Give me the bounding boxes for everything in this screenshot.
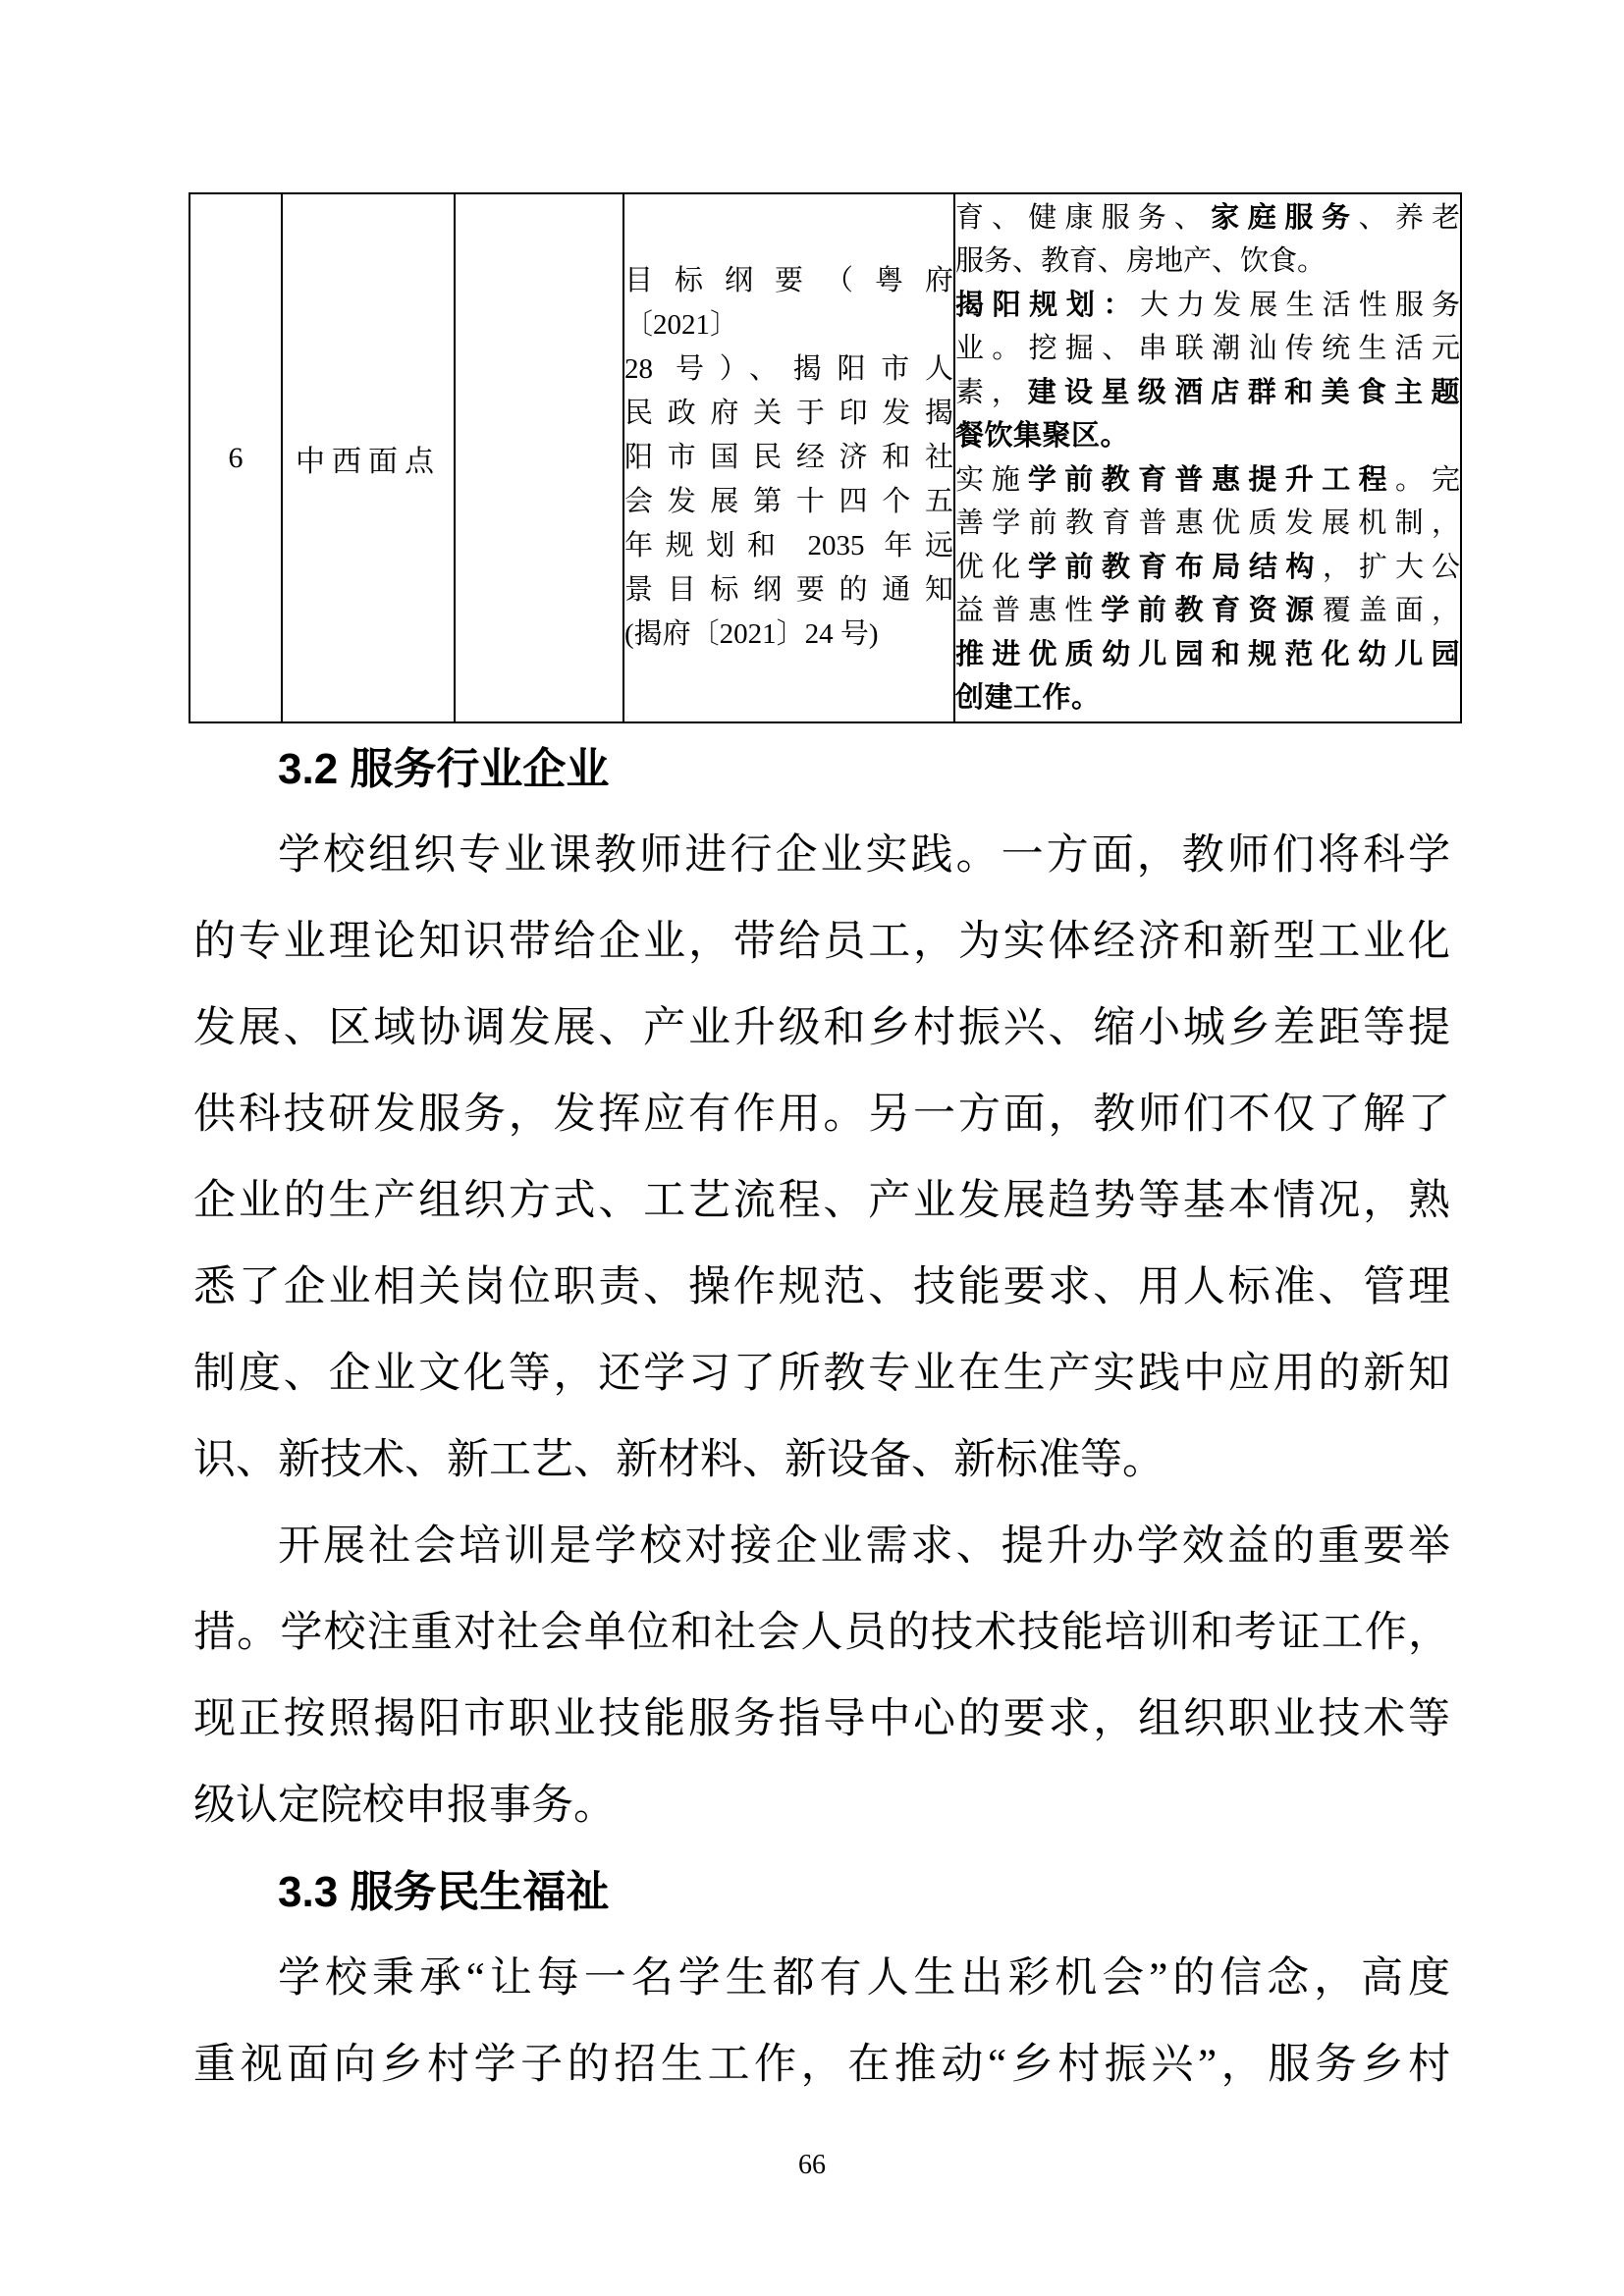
document-page: 6 中西面点 目标纲要（粤府〔2021〕28 号）、揭阳市人民政府关于印发揭阳市… (0, 0, 1624, 2296)
bold-run: 学前教育普惠提升工程 (1028, 464, 1395, 496)
text-line: 素，建设星级酒店群和美食主题 (955, 371, 1460, 415)
text-line: 优化学前教育布局结构，扩大公 (955, 546, 1460, 590)
paragraph: 学校秉承“让每一名学生都有人生出彩机会”的信念，高度重视面向乡村学子的招生工作，… (193, 1936, 1450, 2109)
text-run: 素， (955, 377, 1028, 408)
bold-run: 揭阳规划： (955, 290, 1140, 321)
program-name-cell: 中西面点 (282, 193, 455, 722)
text-line: 级认定院校申报事务。 (193, 1763, 1450, 1849)
empty-cell (455, 193, 623, 722)
text-line: 创建工作。 (955, 676, 1460, 721)
text-run: 覆盖面， (1323, 595, 1460, 626)
text-line: 益普惠性学前教育资源覆盖面， (955, 589, 1460, 633)
bold-run: 家庭服务 (1211, 202, 1359, 234)
text-run: 优化 (955, 552, 1028, 583)
text-line: 善学前教育普惠优质发展机制， (955, 502, 1460, 546)
text-line: 服务、教育、房地产、饮食。 (955, 240, 1460, 284)
text-line: 学校秉承“让每一名学生都有人生出彩机会”的信念，高度 (193, 1936, 1450, 2022)
page-number: 66 (0, 2146, 1624, 2185)
bold-run: 推进优质幼儿园和规范化幼儿园 (955, 639, 1460, 670)
text-line: 开展社会培训是学校对接企业需求、提升办学效益的重要举 (193, 1504, 1450, 1590)
text-run: 大力发展生活性服务 (1140, 290, 1460, 321)
text-line: 悉了企业相关岗位职责、操作规范、技能要求、用人标准、管理 (193, 1245, 1450, 1331)
section-heading: 3.3 服务民生福祉 (193, 1849, 1450, 1936)
text-line: 现正按照揭阳市职业技能服务指导中心的要求，组织职业技术等 (193, 1677, 1450, 1763)
text-run: 实施 (955, 464, 1028, 496)
text-run: 育、健康服务、 (955, 202, 1211, 234)
text-line: 景目标纲要的通知 (624, 568, 953, 613)
text-line: 实施学前教育普惠提升工程。完 (955, 458, 1460, 503)
text-run: 业。挖掘、串联潮汕传统生活元 (955, 333, 1460, 364)
text-line: 年规划和 2035 年远 (624, 524, 953, 568)
text-line: 的专业理论知识带给企业，带给员工，为实体经济和新型工业化 (193, 899, 1450, 986)
bold-run: 餐饮集聚区。 (955, 420, 1129, 452)
text-line: 推进优质幼儿园和规范化幼儿园 (955, 633, 1460, 677)
text-line: 〔2021〕 (624, 303, 953, 347)
text-line: 阳市国民经济和社 (624, 436, 953, 480)
text-run: 服务、教育、房地产、饮食。 (955, 245, 1326, 277)
text-line: 重视面向乡村学子的招生工作，在推动“乡村振兴”，服务乡村 (193, 2022, 1450, 2109)
bold-run: 建设星级酒店群和美食主题 (1028, 377, 1460, 408)
text-line: 28 号）、揭阳市人 (624, 347, 953, 392)
table-row: 6 中西面点 目标纲要（粤府〔2021〕28 号）、揭阳市人民政府关于印发揭阳市… (189, 193, 1461, 722)
row-index-cell: 6 (189, 193, 282, 722)
bold-run: 学前教育资源 (1101, 595, 1322, 626)
bold-run: 创建工作。 (955, 682, 1101, 714)
text-line: 育、健康服务、家庭服务、养老 (955, 196, 1460, 240)
text-run: ，扩大公 (1323, 552, 1460, 583)
text-line: 发展、区域协调发展、产业升级和乡村振兴、缩小城乡差距等提 (193, 986, 1450, 1072)
policy-basis-cell: 目标纲要（粤府〔2021〕28 号）、揭阳市人民政府关于印发揭阳市国民经济和社会… (623, 193, 954, 722)
text-line: 揭阳规划：大力发展生活性服务 (955, 284, 1460, 328)
bold-run: 学前教育布局结构 (1028, 552, 1323, 583)
policy-table: 6 中西面点 目标纲要（粤府〔2021〕28 号）、揭阳市人民政府关于印发揭阳市… (189, 192, 1462, 723)
section-heading: 3.2 服务行业企业 (193, 726, 1450, 813)
text-line: 目标纲要（粤府 (624, 259, 953, 303)
text-line: 供科技研发服务，发挥应有作用。另一方面，教师们不仅了解了 (193, 1072, 1450, 1158)
text-line: 制度、企业文化等，还学习了所教专业在生产实践中应用的新知 (193, 1331, 1450, 1417)
text-run: 。完 (1395, 464, 1460, 496)
text-line: (揭府〔2021〕24 号) (624, 613, 953, 657)
body-content: 3.2 服务行业企业学校组织专业课教师进行企业实践。一方面，教师们将科学的专业理… (193, 726, 1450, 2109)
description-cell: 育、健康服务、家庭服务、养老服务、教育、房地产、饮食。揭阳规划：大力发展生活性服… (954, 193, 1461, 722)
text-run: 、养老 (1359, 202, 1460, 234)
text-line: 识、新技术、新工艺、新材料、新设备、新标准等。 (193, 1417, 1450, 1504)
text-line: 民政府关于印发揭 (624, 392, 953, 436)
text-line: 会发展第十四个五 (624, 480, 953, 524)
text-line: 业。挖掘、串联潮汕传统生活元 (955, 327, 1460, 371)
text-run: 善学前教育普惠优质发展机制， (955, 507, 1460, 539)
paragraph: 学校组织专业课教师进行企业实践。一方面，教师们将科学的专业理论知识带给企业，带给… (193, 813, 1450, 1504)
text-line: 餐饮集聚区。 (955, 414, 1460, 458)
text-line: 学校组织专业课教师进行企业实践。一方面，教师们将科学 (193, 813, 1450, 899)
text-run: 益普惠性 (955, 595, 1101, 626)
paragraph: 开展社会培训是学校对接企业需求、提升办学效益的重要举措。学校注重对社会单位和社会… (193, 1504, 1450, 1849)
text-line: 措。学校注重对社会单位和社会人员的技术技能培训和考证工作， (193, 1590, 1450, 1677)
text-line: 企业的生产组织方式、工艺流程、产业发展趋势等基本情况，熟 (193, 1158, 1450, 1245)
